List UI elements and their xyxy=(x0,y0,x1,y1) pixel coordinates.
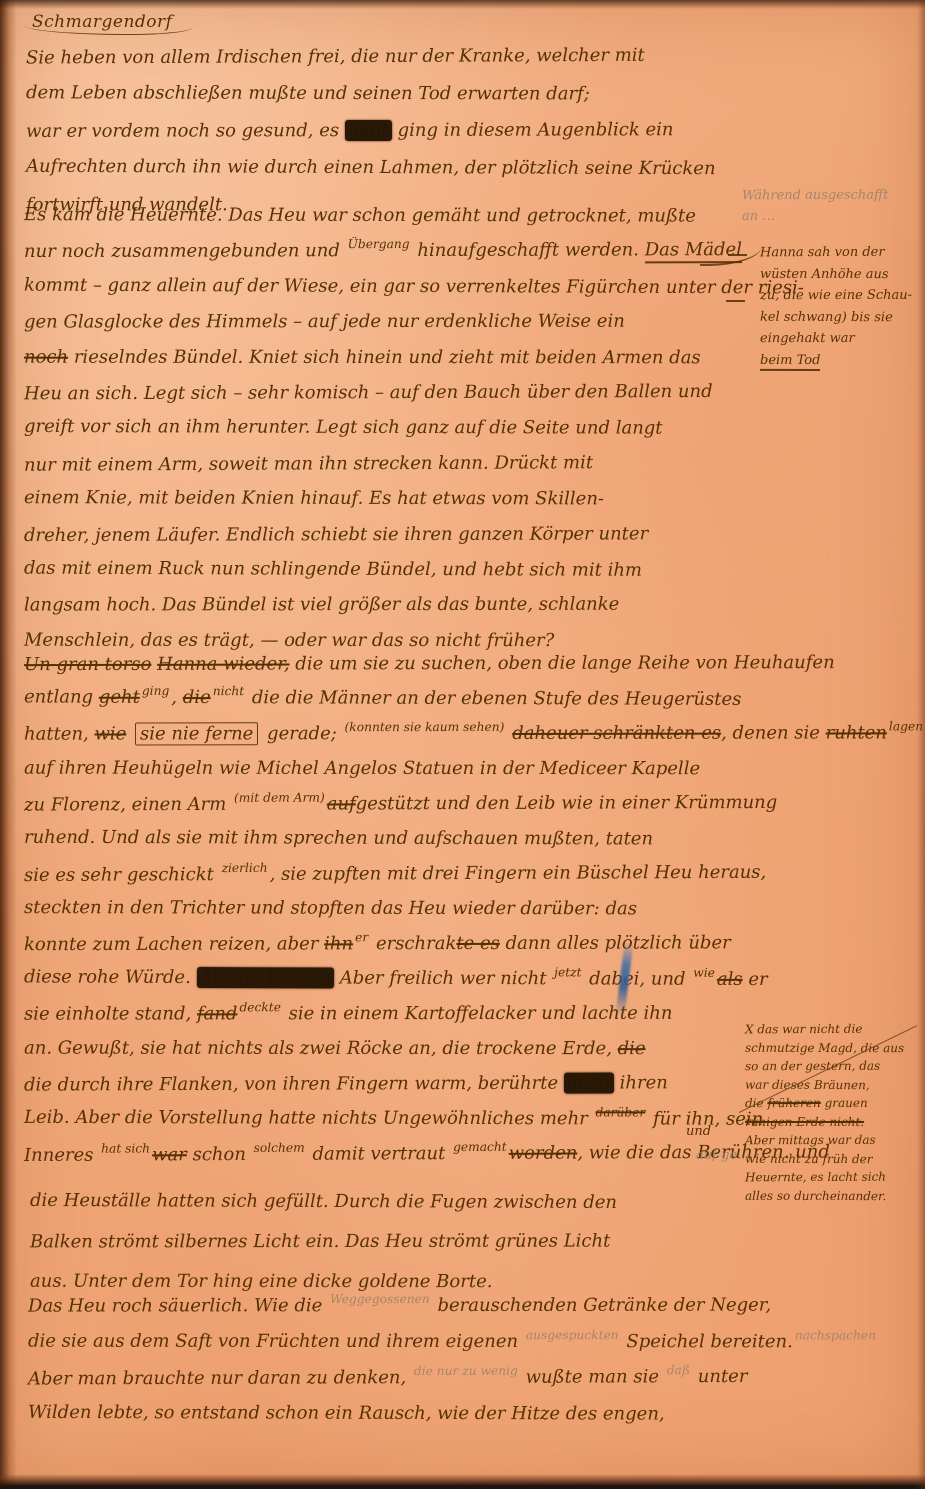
paragraph-5: Das Heu roch säuerlich. Wie die Weggegos… xyxy=(28,1288,878,1432)
manuscript-line: schmutzige Magd, die aus xyxy=(745,1038,904,1057)
manuscript-line: konnte zum Lachen reizen, aber ihner ers… xyxy=(24,925,925,962)
text-strike: te es xyxy=(456,933,500,954)
text-run: sie einholte stand, xyxy=(24,1003,197,1024)
text-strike: die xyxy=(618,1038,646,1059)
manuscript-line: Aber mittags war das xyxy=(745,1131,904,1150)
text-run: hinaufgeschafft werden. xyxy=(412,240,645,262)
text-box: sie nie ferne xyxy=(135,722,258,745)
text-run: zu Florenz, einen Arm xyxy=(24,794,232,816)
text-run: Es kam die Heuernte. Das Heu war schon g… xyxy=(24,204,696,226)
text-run: zu, die wie eine Schau- xyxy=(760,288,912,303)
text-run: an … xyxy=(742,209,775,224)
text-run: ging in diesem Augenblick ein xyxy=(392,119,674,141)
text-ins-pencil: die nur zu wenig xyxy=(414,1352,518,1388)
text-strike: auf xyxy=(327,793,356,814)
text-run: konnte zum Lachen reizen, aber xyxy=(24,933,324,955)
manuscript-line: noch rieselndes Bündel. Kniet sich hinei… xyxy=(24,339,804,375)
text-ins-strike: darüber xyxy=(596,1095,646,1130)
text-run: sie es sehr geschickt xyxy=(24,864,220,886)
manuscript-line: Wilden lebte, so entstand schon ein Raus… xyxy=(28,1395,878,1433)
text-run: die Heuställe hatten sich gefüllt. Durch… xyxy=(30,1190,617,1213)
manuscript-line: eingehakt war xyxy=(760,328,912,350)
text-run: berauschenden Getränke der Neger, xyxy=(432,1295,771,1316)
text-run: X das war nicht die xyxy=(745,1022,862,1037)
text-ins: Übergang xyxy=(348,227,410,263)
text-run: diese rohe Würde. xyxy=(24,966,197,988)
manuscript-line: Balken strömt silbernes Licht ein. Das H… xyxy=(30,1222,617,1263)
text-run: wußte man sie xyxy=(520,1366,665,1388)
text-ins: solchem xyxy=(254,1130,305,1165)
text-ins-pencil: Weggegossenen xyxy=(330,1281,430,1317)
text-ins: ging xyxy=(142,674,170,709)
manuscript-line: Das Heu roch säuerlich. Wie die Weggegos… xyxy=(28,1287,878,1324)
page-edge-top xyxy=(0,0,925,9)
text-run: einem Knie, mit beiden Knien hinauf. Es … xyxy=(24,487,604,509)
manuscript-line: dreher, jenem Läufer. Endlich schiebt si… xyxy=(24,515,804,552)
text-ins: er xyxy=(355,920,368,955)
manuscript-line: wie nicht zu früh der xyxy=(745,1149,904,1168)
text-run: Wilden lebte, so entstand schon ein Raus… xyxy=(28,1402,665,1425)
text-run: Während ausgeschafft xyxy=(742,188,888,204)
paragraph-2: Es kam die Heuernte. Das Heu war schon g… xyxy=(24,198,804,658)
text-ins: wie xyxy=(693,955,715,990)
text-run: , xyxy=(171,687,183,708)
manuscript-line: gen Glasglocke des Himmels – auf jede nu… xyxy=(24,304,804,340)
manuscript-line: dem Leben abschließen mußte und seinen T… xyxy=(26,74,716,112)
manuscript-line: kel schwang) bis sie xyxy=(760,306,912,328)
text-run: Sie heben von allem Irdischen frei, die … xyxy=(26,45,645,69)
text-ins: zierlich xyxy=(221,851,267,886)
text-strike: wie xyxy=(94,723,126,744)
text-run: wie nicht zu früh der xyxy=(745,1151,873,1165)
text-run: Aber freilich wer nicht xyxy=(334,968,552,990)
text-ins: lagen xyxy=(889,709,923,744)
manuscript-line: ruhend. Und als sie mit ihm sprechen und… xyxy=(24,820,925,857)
manuscript-line: Es kam die Heuernte. Das Heu war schon g… xyxy=(24,197,804,234)
manuscript-line: sie es sehr geschickt zierlich, sie zupf… xyxy=(24,854,925,893)
text-run: wüsten Anhöhe aus xyxy=(760,266,889,281)
manuscript-line: Sie heben von allem Irdischen frei, die … xyxy=(26,36,716,76)
page-edge-bottom xyxy=(0,1474,925,1489)
text-strike: als xyxy=(717,969,743,990)
text-ins: (mit dem Arm) xyxy=(234,780,325,815)
text-strike: Un gran torso xyxy=(24,654,151,675)
text-blot: Als die Freche xyxy=(197,967,335,988)
text-run: an. Gewußt, sie hat nichts als zwei Röck… xyxy=(24,1038,618,1060)
margin-note-ink: Hanna sah von derwüsten Anhöhe auszu, di… xyxy=(760,242,912,371)
text-run: Aufrechten durch ihn wie durch einen Lah… xyxy=(26,156,716,179)
text-strike: Hanna wieder, xyxy=(157,653,289,674)
text-strike: die xyxy=(183,687,211,708)
text-strike: früheren xyxy=(767,1096,820,1110)
text-ins-pencil: ausgespuckten xyxy=(526,1317,619,1353)
manuscript-line: auf ihren Heuhügeln wie Michel Angelos S… xyxy=(24,751,925,787)
manuscript-line: X das war nicht die xyxy=(745,1020,904,1039)
text-run: ruhend. Und als sie mit ihm sprechen und… xyxy=(24,827,653,850)
page-edge-left xyxy=(0,0,17,1489)
manuscript-line: das mit einem Ruck nun schlingende Bünde… xyxy=(24,551,804,589)
text-ins: hat sich xyxy=(101,1131,150,1166)
manuscript-line: an … xyxy=(742,206,888,227)
text-run: das mit einem Ruck nun schlingende Bünde… xyxy=(24,558,642,581)
fragment-aufge: auf ge… xyxy=(696,1148,750,1163)
text-run: die die Männer an der ebenen Stufe des H… xyxy=(246,687,741,710)
manuscript-line: zu, die wie eine Schau- xyxy=(760,285,912,307)
manuscript-line: so an der gestern, das xyxy=(745,1057,904,1076)
text-run: unter xyxy=(692,1366,747,1387)
text-blot: auch xyxy=(564,1073,614,1094)
manuscript-line: hatten, wie sie nie ferne gerade; (konnt… xyxy=(24,715,925,751)
text-run: gerade; xyxy=(261,723,342,744)
text-run: Hanna sah von der xyxy=(760,245,885,261)
text-run: sie in einem Kartoffelacker und lachte i… xyxy=(283,1003,672,1025)
manuscript-line: war dieses Bräunen, xyxy=(745,1075,904,1094)
manuscript-line: diese rohe Würde. Als die Freche Aber fr… xyxy=(24,959,925,997)
manuscript-line: beim Tod xyxy=(760,349,912,371)
manuscript-line: Während ausgeschafft xyxy=(742,185,889,207)
paragraph-4: die Heuställe hatten sich gefüllt. Durch… xyxy=(30,1182,617,1302)
text-run: die durch ihre Flanken, von ihren Finger… xyxy=(24,1073,564,1096)
text-u: beim Tod xyxy=(760,352,820,370)
text-run: dreher, jenem Läufer. Endlich schiebt si… xyxy=(24,523,648,546)
text-run xyxy=(126,723,132,744)
text-strike: geht xyxy=(99,687,140,708)
text-strike: ihn xyxy=(324,933,353,954)
page-heading: Schmargendorf xyxy=(30,12,178,35)
manuscript-page: Schmargendorf Sie heben von allem Irdisc… xyxy=(0,0,925,1489)
text-run: war er vordem noch so gesund, es xyxy=(26,120,345,142)
text-run: gen Glasglocke des Himmels – auf jede nu… xyxy=(24,311,625,333)
text-run: schon xyxy=(187,1144,252,1165)
text-run: er xyxy=(743,969,768,990)
manuscript-line: die Heuställe hatten sich gefüllt. Durch… xyxy=(30,1181,617,1223)
text-run: alles so durcheinander. xyxy=(745,1188,886,1202)
text-run: kel schwang) bis sie xyxy=(760,309,893,324)
text-run: auf ihren Heuhügeln wie Michel Angelos S… xyxy=(24,758,700,780)
text-ins: nicht xyxy=(213,674,245,709)
text-run: erschrak xyxy=(370,933,456,954)
text-strike: noch xyxy=(24,346,68,367)
text-strike: war xyxy=(152,1144,187,1165)
manuscript-line: Aufrechten durch ihn wie durch einen Lah… xyxy=(26,148,716,187)
text-strike: ruhten xyxy=(826,722,887,743)
text-run: Aber mittags war das xyxy=(745,1133,876,1147)
text-run: die um sie zu suchen, oben die lange Rei… xyxy=(290,652,835,674)
text-run: , denen sie xyxy=(721,723,826,744)
manuscript-line: nur mit einem Arm, soweit man ihn streck… xyxy=(24,444,804,483)
manuscript-line: ruhigen Erde nicht. xyxy=(745,1112,904,1131)
text-ins: deckte xyxy=(239,990,281,1025)
text-run: , sie zupften mit drei Fingern ein Büsch… xyxy=(270,862,767,885)
text-run: entlang xyxy=(24,686,99,707)
manuscript-line: Aber man brauchte nur daran zu denken, d… xyxy=(28,1359,878,1398)
text-run: Aber man brauchte nur daran zu denken, xyxy=(28,1367,412,1389)
manuscript-line: einem Knie, mit beiden Knien hinauf. Es … xyxy=(24,480,804,517)
text-run: gestützt und den Leib wie in einer Krümm… xyxy=(356,792,778,814)
manuscript-line: greift vor sich an ihm herunter. Legt si… xyxy=(24,409,804,446)
text-run: dabei, und xyxy=(583,968,691,989)
margin-dash-mark xyxy=(728,254,747,256)
paragraph-1: Sie heben von allem Irdischen frei, die … xyxy=(26,38,716,223)
text-run: so an der gestern, das xyxy=(745,1059,880,1073)
manuscript-line: war er vordem noch so gesund, es geht gi… xyxy=(26,111,716,150)
text-run: Inneres xyxy=(24,1145,99,1166)
text-run: langsam hoch. Das Bündel ist viel größer… xyxy=(24,594,619,616)
text-run: Heu an sich. Legt sich – sehr komisch – … xyxy=(24,381,713,404)
manuscript-line: langsam hoch. Das Bündel ist viel größer… xyxy=(24,587,804,623)
text-run: Speichel bereiten. xyxy=(621,1331,793,1352)
text-run: dann alles plötzlich über xyxy=(500,932,731,954)
text-blot: geht xyxy=(345,120,392,141)
margin-note-crossed: X das war nicht dieschmutzige Magd, die … xyxy=(745,1020,904,1205)
text-strike: fand xyxy=(197,1003,238,1024)
text-run: steckten in den Trichter und stopften da… xyxy=(24,897,637,919)
text-run: die sie aus dem Saft von Früchten und ih… xyxy=(28,1331,524,1352)
text-run: grauen xyxy=(821,1096,868,1110)
text-run: rieselndes Bündel. Kniet sich hinein und… xyxy=(68,346,701,368)
manuscript-line: kommt – ganz allein auf der Wiese, ein g… xyxy=(24,267,804,305)
text-ins-pencil: nachspachen xyxy=(795,1317,876,1353)
text-strike: worden xyxy=(509,1143,578,1164)
text-strike: daheuer schränkten es xyxy=(512,723,721,744)
page-heading-text: Schmargendorf xyxy=(30,12,178,35)
text-run: nur noch zusammengebunden und xyxy=(24,241,346,263)
manuscript-line: Heu an sich. Legt sich – sehr komisch – … xyxy=(24,374,804,412)
text-run: ihren xyxy=(614,1072,668,1093)
text-run: nur mit einem Arm, soweit man ihn streck… xyxy=(24,452,593,475)
manuscript-line: wüsten Anhöhe aus xyxy=(760,263,912,285)
manuscript-line: Heuernte, es lacht sich xyxy=(745,1168,904,1187)
manuscript-line: steckten in den Trichter und stopften da… xyxy=(24,890,925,927)
text-run: eingehakt war xyxy=(760,331,855,346)
text-ins: (konnten sie kaum sehen) xyxy=(344,710,504,745)
text-run: damit vertraut xyxy=(307,1143,451,1165)
text-ins: jetzt xyxy=(554,955,581,990)
text-run: Heuernte, es lacht sich xyxy=(745,1170,886,1185)
text-run: greift vor sich an ihm herunter. Legt si… xyxy=(24,416,663,439)
text-run: Leib. Aber die Vorstellung hatte nichts … xyxy=(24,1107,594,1129)
text-run: dem Leben abschließen mußte und seinen T… xyxy=(26,82,590,104)
text-ins-pencil: daß xyxy=(667,1352,690,1388)
margin-note-pencil-top: Während ausgeschafftan … xyxy=(742,185,888,227)
margin-dash-mark xyxy=(726,300,745,302)
manuscript-line: zu Florenz, einen Arm (mit dem Arm)aufge… xyxy=(24,784,925,822)
text-run: Das Heu roch säuerlich. Wie die xyxy=(28,1295,328,1316)
text-run: Balken strömt silbernes Licht ein. Das H… xyxy=(30,1231,610,1253)
text-ins: gemacht xyxy=(453,1130,507,1165)
manuscript-line: Hanna sah von der xyxy=(760,242,912,264)
manuscript-line: alles so durcheinander. xyxy=(745,1186,904,1205)
text-run: kommt – ganz allein auf der Wiese, ein g… xyxy=(24,274,804,298)
fragment-und: und xyxy=(686,1124,711,1139)
manuscript-line: nur noch zusammengebunden und Übergang h… xyxy=(24,232,804,269)
text-run: hatten, xyxy=(24,724,95,745)
text-strike: ruhigen Erde nicht. xyxy=(745,1114,864,1128)
